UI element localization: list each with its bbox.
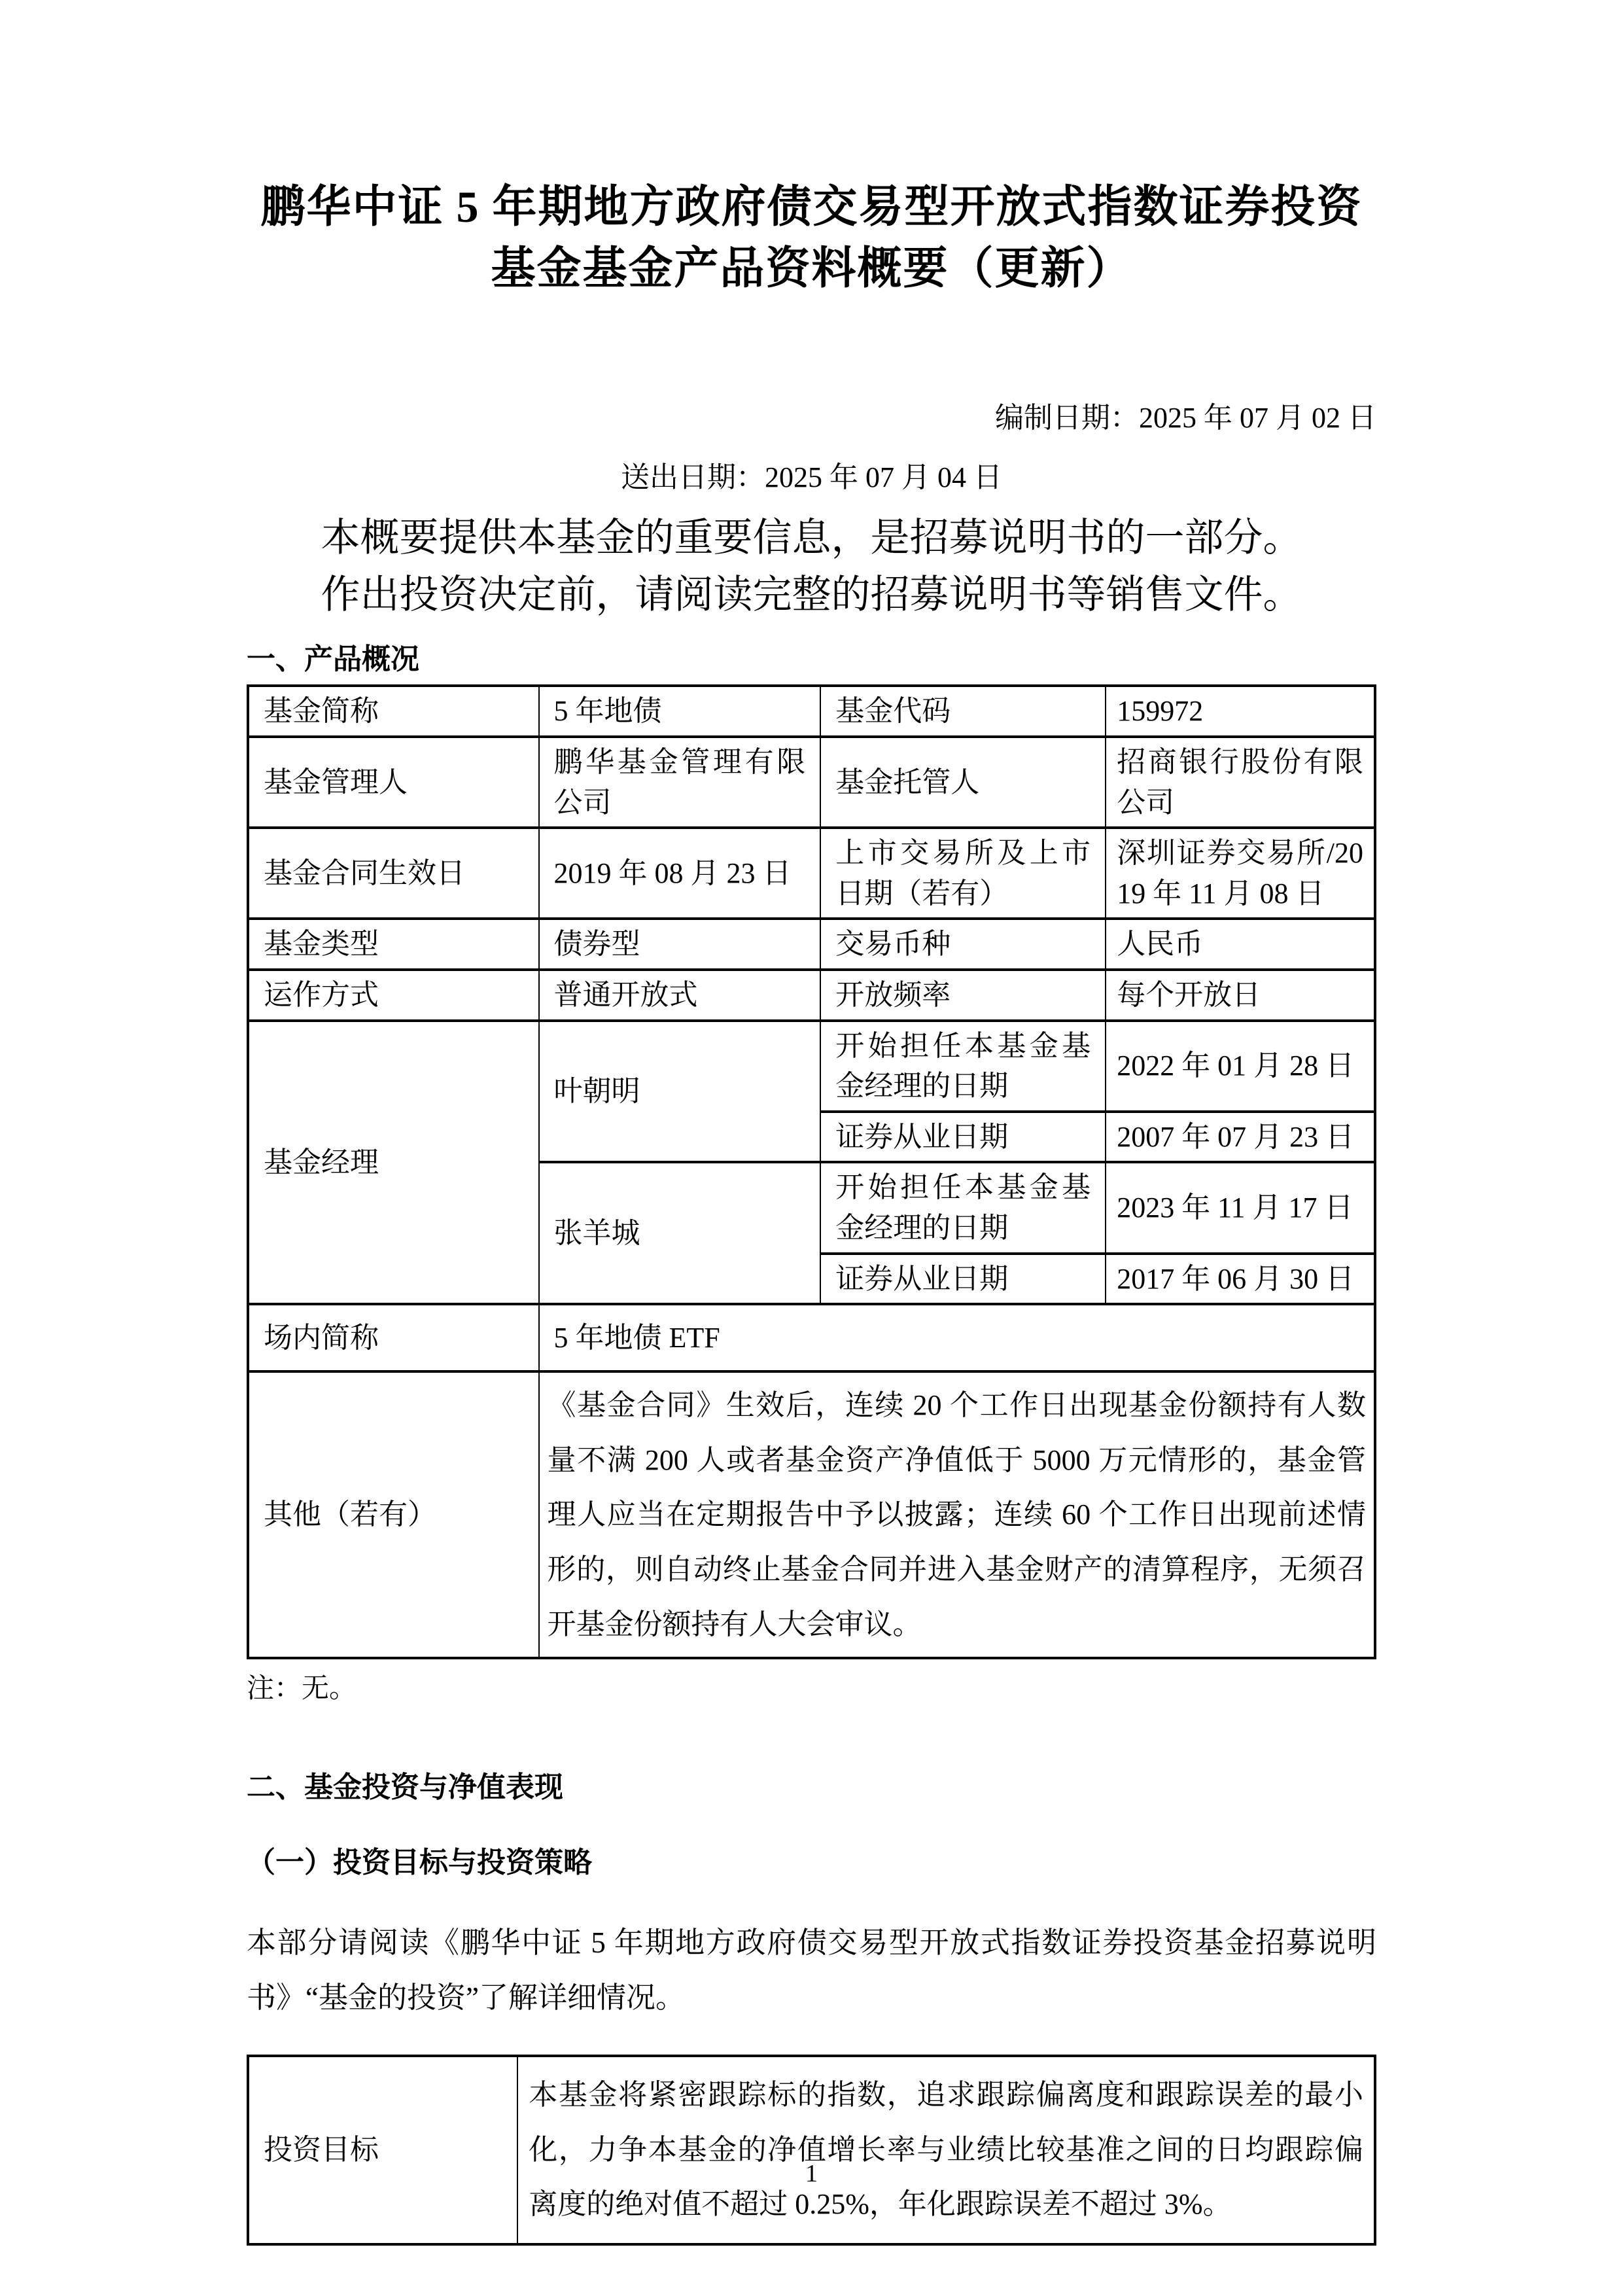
- fund-manager-company-value: 鹏华基金管理有限公司: [539, 737, 821, 828]
- table-row: 投资目标 本基金将紧密跟踪标的指数，追求跟踪偏离度和跟踪误差的最小化，力争本基金…: [248, 2056, 1375, 2244]
- operation-mode-label: 运作方式: [248, 970, 539, 1021]
- fund-custodian-label: 基金托管人: [820, 737, 1106, 828]
- listed-short-name-label: 场内简称: [248, 1304, 539, 1371]
- intro-line-2: 作出投资决定前，请阅读完整的招募说明书等销售文件。: [321, 573, 1302, 616]
- open-frequency-value: 每个开放日: [1106, 970, 1375, 1021]
- trading-currency-label: 交易币种: [820, 919, 1106, 970]
- document-title: 鹏华中证 5 年期地方政府债交易型开放式指数证券投资基金基金产品资料概要（更新）: [247, 177, 1376, 300]
- listing-exchange-value: 深圳证券交易所/2019 年 11 月 08 日: [1106, 828, 1375, 919]
- manager-2-start-date: 2023 年 11 月 17 日: [1106, 1162, 1375, 1253]
- open-frequency-label: 开放频率: [820, 970, 1106, 1021]
- fund-short-name-label: 基金简称: [248, 686, 539, 737]
- listed-short-name-value: 5 年地债 ETF: [539, 1304, 1375, 1371]
- fund-manager-label: 基金经理: [248, 1021, 539, 1305]
- table-row: 基金管理人 鹏华基金管理有限公司 基金托管人 招商银行股份有限公司: [248, 737, 1375, 828]
- trading-currency-value: 人民币: [1106, 919, 1375, 970]
- fund-type-value: 债券型: [539, 919, 821, 970]
- product-overview-table: 基金简称 5 年地债 基金代码 159972 基金管理人 鹏华基金管理有限公司 …: [247, 684, 1376, 1659]
- other-value: 《基金合同》生效后，连续 20 个工作日出现基金份额持有人数量不满 200 人或…: [539, 1371, 1375, 1658]
- table-row: 基金类型 债券型 交易币种 人民币: [248, 919, 1375, 970]
- document-page: 鹏华中证 5 年期地方政府债交易型开放式指数证券投资基金基金产品资料概要（更新）…: [0, 0, 1623, 2246]
- manager-1-career-label: 证券从业日期: [820, 1112, 1106, 1163]
- table-row: 基金经理 叶朝明 开始担任本基金基金经理的日期 2022 年 01 月 28 日: [248, 1021, 1375, 1112]
- table-row: 场内简称 5 年地债 ETF: [248, 1304, 1375, 1371]
- table-row: 其他（若有） 《基金合同》生效后，连续 20 个工作日出现基金份额持有人数量不满…: [248, 1371, 1375, 1658]
- fund-type-label: 基金类型: [248, 919, 539, 970]
- investment-objective-value: 本基金将紧密跟踪标的指数，追求跟踪偏离度和跟踪误差的最小化，力争本基金的净值增长…: [517, 2056, 1375, 2244]
- investment-objective-label: 投资目标: [248, 2056, 517, 2244]
- fund-short-name-value: 5 年地债: [539, 686, 821, 737]
- fund-custodian-value: 招商银行股份有限公司: [1106, 737, 1375, 828]
- sent-date-line: 送出日期：2025 年 07 月 04 日: [247, 457, 1376, 498]
- fund-code-label: 基金代码: [820, 686, 1106, 737]
- table-row: 运作方式 普通开放式 开放频率 每个开放日: [248, 970, 1375, 1021]
- page-number: 1: [0, 2159, 1623, 2188]
- manager-1-start-date: 2022 年 01 月 28 日: [1106, 1021, 1375, 1112]
- table-row: 基金简称 5 年地债 基金代码 159972: [248, 686, 1375, 737]
- fund-code-value: 159972: [1106, 686, 1375, 737]
- table-row: 基金合同生效日 2019 年 08 月 23 日 上市交易所及上市日期（若有） …: [248, 828, 1375, 919]
- section-heading-product-overview: 一、产品概况: [247, 641, 1376, 678]
- manager-1-name: 叶朝明: [539, 1021, 821, 1163]
- manager-2-career-date: 2017 年 06 月 30 日: [1106, 1254, 1375, 1305]
- fund-manager-company-label: 基金管理人: [248, 737, 539, 828]
- manager-2-career-label: 证券从业日期: [820, 1254, 1106, 1305]
- section-heading-investment-performance: 二、基金投资与净值表现: [247, 1769, 1376, 1806]
- other-label: 其他（若有）: [248, 1371, 539, 1658]
- intro-notice: 本概要提供本基金的重要信息，是招募说明书的一部分。 作出投资决定前，请阅读完整的…: [247, 510, 1376, 624]
- table-note: 注：无。: [247, 1670, 1376, 1708]
- manager-1-career-date: 2007 年 07 月 23 日: [1106, 1112, 1375, 1163]
- contract-effective-date-label: 基金合同生效日: [248, 828, 539, 919]
- contract-effective-date-value: 2019 年 08 月 23 日: [539, 828, 821, 919]
- prepared-date-line: 编制日期：2025 年 07 月 02 日: [247, 398, 1376, 438]
- manager-1-start-label: 开始担任本基金基金经理的日期: [820, 1021, 1106, 1112]
- operation-mode-value: 普通开放式: [539, 970, 821, 1021]
- investment-objective-table: 投资目标 本基金将紧密跟踪标的指数，追求跟踪偏离度和跟踪误差的最小化，力争本基金…: [247, 2055, 1376, 2246]
- listing-exchange-label: 上市交易所及上市日期（若有）: [820, 828, 1106, 919]
- intro-line-1: 本概要提供本基金的重要信息，是招募说明书的一部分。: [321, 516, 1302, 559]
- manager-2-start-label: 开始担任本基金基金经理的日期: [820, 1162, 1106, 1253]
- investment-reference-paragraph: 本部分请阅读《鹏华中证 5 年期地方政府债交易型开放式指数证券投资基金招募说明书…: [247, 1915, 1376, 2025]
- manager-2-name: 张羊城: [539, 1162, 821, 1304]
- sub-heading-investment-objective-strategy: （一）投资目标与投资策略: [247, 1844, 1376, 1881]
